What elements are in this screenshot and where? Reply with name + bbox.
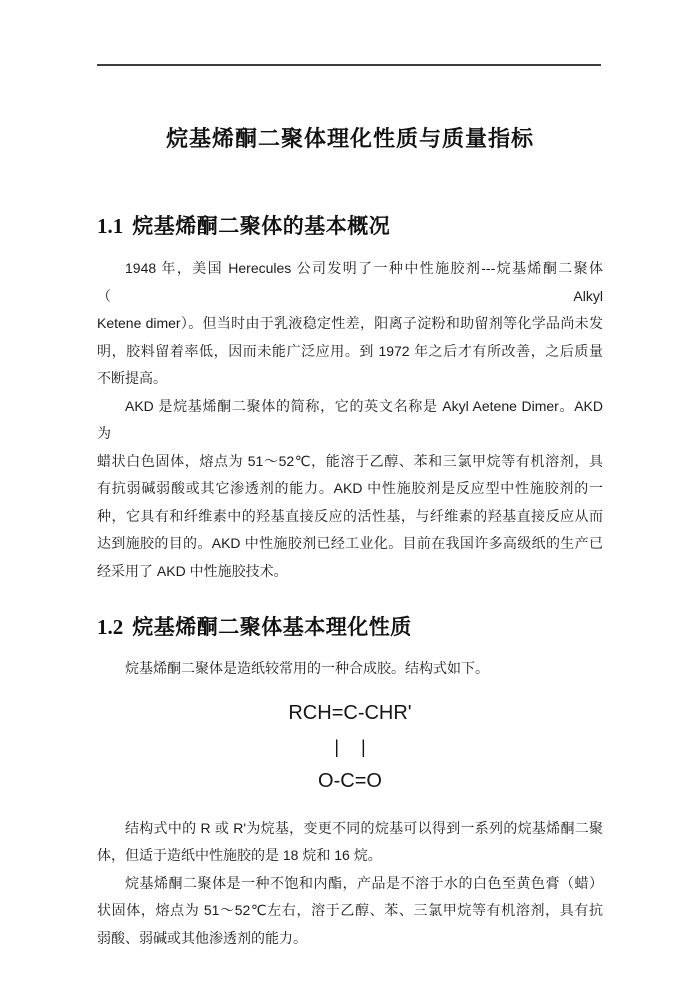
text-line: 达到施胶的目的。AKD 中性施胶剂已经工业化。目前在我国许多高级纸的生产已 — [97, 530, 603, 558]
paragraph-physical-properties: 烷基烯酮二聚体是一种不饱和内酯，产品是不溶于水的白色至黄色膏（蜡） 状固体，熔点… — [97, 870, 603, 953]
text-line: 烷基烯酮二聚体是造纸较常用的一种合成胶。结构式如下。 — [97, 655, 603, 683]
text-line: 经采用了 AKD 中性施胶技术。 — [97, 558, 603, 586]
document-page: 烷基烯酮二聚体理化性质与质量指标 1.1烷基烯酮二聚体的基本概况 1948 年，… — [0, 0, 700, 990]
formula-bottom-line: O-C=O — [97, 764, 603, 798]
text-line: 烷基烯酮二聚体是一种不饱和内酯，产品是不溶于水的白色至黄色膏（蜡） — [97, 870, 603, 898]
text-line: 结构式中的 R 或 R'为烷基，变更不同的烷基可以得到一系列的烷基烯酮二聚 — [97, 815, 603, 843]
bond-right: | — [361, 737, 366, 757]
section-heading-text: 烷基烯酮二聚体的基本概况 — [132, 215, 390, 238]
text-line: 明，胶料留着率低，因而未能广泛应用。到 1972 年之后才有所改善，之后质量 — [97, 338, 603, 366]
bond-left: | — [334, 737, 339, 757]
text-line: 种，它具有和纤维素中的羟基直接反应的活性基，与纤维素的羟基直接反应从而 — [97, 503, 603, 531]
paragraph-alkyl-groups: 结构式中的 R 或 R'为烷基，变更不同的烷基可以得到一系列的烷基烯酮二聚 体，… — [97, 815, 603, 870]
formula-top-line: RCH=C-CHR' — [97, 696, 603, 730]
text-line: 不断提高。 — [97, 365, 603, 393]
document-title: 烷基烯酮二聚体理化性质与质量指标 — [97, 124, 603, 154]
section-heading-text: 烷基烯酮二聚体基本理化性质 — [132, 616, 412, 639]
paragraph-history: 1948 年，美国 Herecules 公司发明了一种中性施胶剂---烷基烯酮二… — [97, 255, 603, 393]
text-line: AKD 是烷基烯酮二聚体的简称，它的英文名称是 Akyl Aetene Dime… — [97, 393, 603, 448]
text-line: 蜡状白色固体，熔点为 51～52℃，能溶于乙醇、苯和三氯甲烷等有机溶剂，具 — [97, 448, 603, 476]
formula-bond-line: || — [97, 730, 603, 764]
paragraph-akd-overview: AKD 是烷基烯酮二聚体的简称，它的英文名称是 Akyl Aetene Dime… — [97, 393, 603, 586]
paragraph-intro-formula: 烷基烯酮二聚体是造纸较常用的一种合成胶。结构式如下。 — [97, 655, 603, 683]
text-line: 弱酸、弱碱或其他渗透剂的能力。 — [97, 925, 603, 953]
section-heading-1-2: 1.2烷基烯酮二聚体基本理化性质 — [97, 612, 603, 643]
section-heading-1-1: 1.1烷基烯酮二聚体的基本概况 — [97, 211, 603, 242]
chemical-structure: RCH=C-CHR' || O-C=O — [97, 696, 603, 798]
header-rule — [97, 64, 601, 66]
text-line: Ketene dimer）。但当时由于乳液稳定性差，阳离子淀粉和助留剂等化学品尚… — [97, 310, 603, 338]
text-line: 体，但适于造纸中性施胶的是 18 烷和 16 烷。 — [97, 842, 603, 870]
section-number: 1.1 — [97, 214, 123, 238]
document-body: 1.1烷基烯酮二聚体的基本概况 1948 年，美国 Herecules 公司发明… — [0, 211, 700, 952]
text-line: 1948 年，美国 Herecules 公司发明了一种中性施胶剂---烷基烯酮二… — [97, 255, 603, 310]
text-line: 有抗弱碱弱酸或其它渗透剂的能力。AKD 中性施胶剂是反应型中性施胶剂的一 — [97, 475, 603, 503]
section-number: 1.2 — [97, 615, 123, 639]
text-line: 状固体，熔点为 51～52℃左右，溶于乙醇、苯、三氯甲烷等有机溶剂，具有抗 — [97, 897, 603, 925]
